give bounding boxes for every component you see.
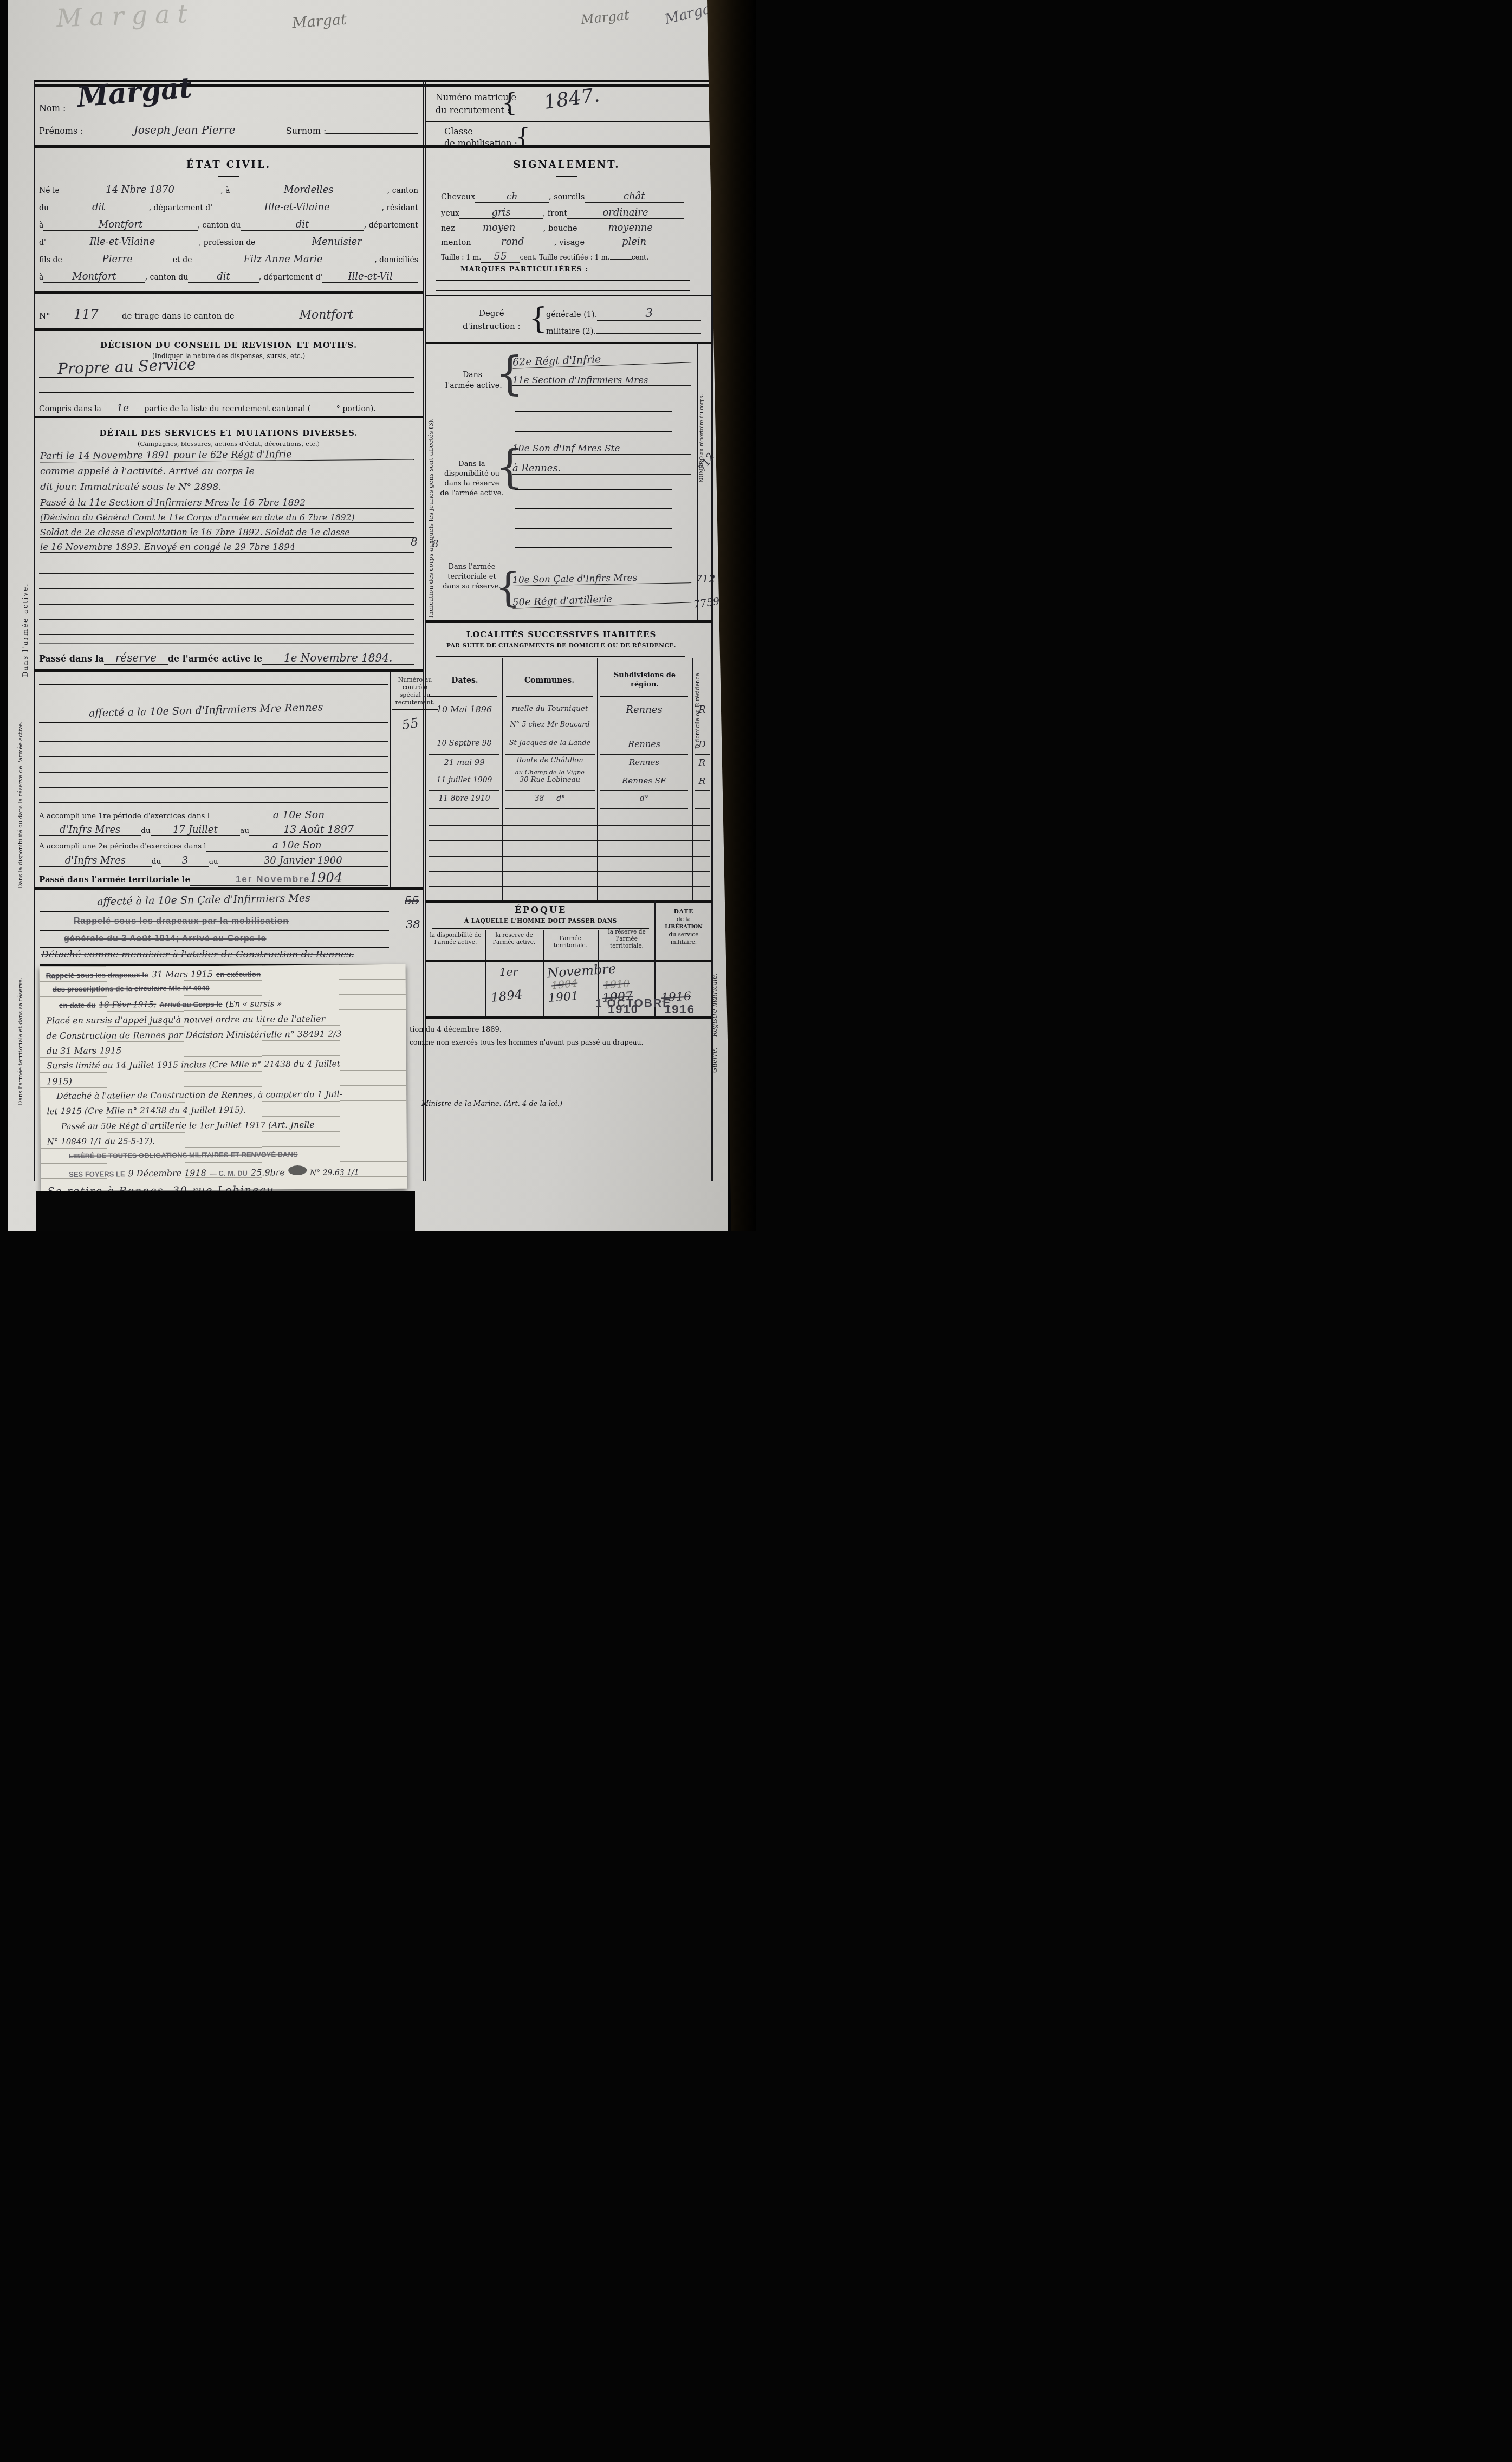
- epoque-header-rule: [426, 960, 654, 962]
- value: d'Infrs Mres: [39, 855, 152, 867]
- sign-row-taille: Taille : 1 m. 55 cent. Taille rectifiée …: [441, 250, 684, 263]
- loc-commune: 38 — d°: [505, 794, 595, 809]
- label: A accompli une 1re période d'exercices d…: [39, 812, 210, 820]
- label: à: [39, 221, 43, 230]
- loc-header-communes: Communes.: [503, 676, 595, 685]
- loc-date: 10 Septbre 98: [429, 739, 499, 755]
- territoriale-row: Passé dans l'armée territoriale le 1er N…: [39, 870, 388, 886]
- label: , département d': [259, 273, 323, 282]
- loc-subdiv: Rennes SE: [600, 776, 688, 791]
- thin-rule: [515, 528, 672, 529]
- note-line: Placé en sursis d'appel jusqu'à nouvel o…: [46, 1014, 325, 1026]
- sign-row-3: nez moyen , bouche moyenne: [441, 222, 684, 234]
- label: au: [209, 857, 218, 866]
- loc-empty-lines: [429, 811, 710, 890]
- label: Passé dans l'armée territoriale le: [39, 874, 190, 884]
- armee-active-label: Dansl'armée active.: [445, 370, 499, 391]
- label: à: [39, 273, 43, 282]
- value: Pierre: [62, 254, 173, 265]
- services-subtitle: (Campagnes, blessures, actions d'éclat, …: [39, 440, 418, 448]
- localites-title: LOCALITÉS SUCCESSIVES HABITÉES: [426, 630, 697, 639]
- label: du: [39, 204, 49, 212]
- label: , canton: [387, 186, 418, 195]
- thin-rule: [40, 930, 389, 931]
- value: Filz Anne Marie: [192, 254, 374, 265]
- loc-commune: 30 Rue Lobineau: [505, 776, 595, 791]
- label: , département d': [149, 204, 213, 212]
- value: plein: [585, 236, 684, 248]
- value: Menuisier: [255, 236, 418, 248]
- epoque-col2-header: la réserve de l'armée active.: [488, 932, 541, 946]
- loc-dr: D: [695, 739, 710, 755]
- label: militaire (2).: [546, 327, 596, 336]
- nom-label: Nom :: [39, 103, 66, 113]
- value: 1er Novembre 1904: [190, 870, 388, 886]
- loc-date: 21 mai 99: [429, 757, 499, 772]
- top-inscription: Margat: [56, 0, 196, 33]
- value: moyenne: [577, 222, 684, 234]
- label: , profession de: [199, 238, 255, 247]
- loc-subdiv: Rennes: [600, 757, 688, 772]
- terr-numero-1: 712: [696, 573, 715, 585]
- note-line: 1915): [47, 1076, 72, 1086]
- dotted-rule: [39, 643, 414, 644]
- value: gris: [459, 207, 542, 219]
- territoriale-stamp: 1er Novembre: [236, 874, 310, 884]
- territoriale-year: 1904: [309, 870, 342, 885]
- thin-rule: [40, 911, 389, 912]
- loc-commune: St Jacques de la Lande: [505, 739, 595, 755]
- value: Ille-et-Vilaine: [212, 202, 381, 213]
- etat-row-1: Né le 14 Nbre 1870 , à Mordelles , canto…: [39, 184, 418, 196]
- active-brace: {: [495, 347, 524, 400]
- date-hw: 18 Févr 1915.: [99, 1000, 157, 1010]
- epoque-col-rule: [543, 930, 544, 1016]
- label: fils de: [39, 256, 62, 264]
- portion-line: [310, 411, 336, 411]
- libere-cm: 25.9bre: [251, 1167, 285, 1177]
- section-rule: [426, 620, 712, 623]
- degre-generale-row: générale (1). 3: [546, 307, 701, 321]
- loc-dr: R: [695, 776, 710, 791]
- label: , canton du: [198, 221, 241, 230]
- epoque-hw-1er: 1er: [499, 966, 518, 979]
- label: nez: [441, 224, 455, 233]
- value: ordinaire: [567, 207, 684, 219]
- value: Mordelles: [230, 184, 387, 196]
- libere-stamp-2: SES FOYERS LE: [69, 1170, 125, 1178]
- loc-dr: [695, 794, 710, 809]
- label: ° portion).: [336, 405, 376, 413]
- services-side-label: Dans l'armée active.: [22, 461, 30, 677]
- etat-row-4: d' Ille-et-Vilaine , profession de Menui…: [39, 236, 418, 248]
- note-line: let 1915 (Cre Mlle n° 21438 du 4 Juillet…: [47, 1105, 245, 1117]
- decision-line: [39, 377, 414, 378]
- label: , visage: [554, 238, 585, 247]
- degre-militaire-line: [596, 333, 701, 334]
- decision-line2: [39, 392, 414, 393]
- label: de tirage dans le canton de: [122, 311, 235, 321]
- epoque-hw-1894: 1894: [490, 988, 523, 1005]
- prenoms-label: Prénoms :: [39, 126, 83, 136]
- value: Ille-et-Vil: [322, 271, 418, 283]
- top-inscription: Margat: [580, 7, 630, 27]
- label: du: [141, 826, 150, 835]
- label: d': [39, 238, 46, 247]
- law-text-1: tion du 4 décembre 1889.: [410, 1026, 502, 1034]
- epoque-hw-novembre: Novembre: [547, 961, 617, 981]
- label: au: [240, 826, 249, 835]
- note-line: Détaché à l'atelier de Construction de R…: [56, 1089, 342, 1101]
- matricule-brace: {: [502, 88, 517, 117]
- value: 17 Juillet: [151, 824, 241, 836]
- loc-header-dates: Dates.: [434, 676, 495, 685]
- epoque-col4-header: la réserve de l'armée territoriale.: [600, 929, 653, 950]
- dispo-label: Dans la disponibilité ou dans la réserve…: [440, 459, 504, 498]
- label: , sourcils: [549, 193, 585, 202]
- periode2-row2: d'Infrs Mres du 3 au 30 Janvier 1900: [39, 855, 388, 867]
- section-rule: [34, 416, 423, 418]
- signalement-title: SIGNALEMENT.: [426, 159, 708, 171]
- top-inscription: Margat: [291, 11, 347, 32]
- epoque-col1-header: la disponibilité de l'armée active.: [428, 932, 483, 946]
- loc-commune: ruelle du Tourniquet: [505, 704, 595, 720]
- controle-number: 55: [401, 715, 420, 733]
- territoriale-side-label: Dans l'armée territoriale et dans sa rés…: [17, 899, 31, 1105]
- loc-subdiv: Rennes: [600, 704, 688, 721]
- localites-subtitle: PAR SUITE DE CHANGEMENTS DE DOMICILE OU …: [426, 643, 697, 649]
- note-line: du 31 Mars 1915: [47, 1045, 122, 1056]
- label: , bouche: [543, 224, 577, 233]
- services-margin-note: 8: [411, 535, 418, 548]
- header-bottom-rule: [34, 145, 712, 148]
- nom-row: Nom :: [39, 103, 418, 113]
- tirage-number: 117: [50, 307, 122, 322]
- sursis-hw: (En « sursis »: [225, 999, 282, 1009]
- label: , département: [364, 221, 418, 230]
- value: a 10e Son: [210, 809, 388, 821]
- sign-title-dash: [556, 176, 577, 177]
- document-page: Margat Margat Margat Margat Margat Nom :…: [8, 0, 728, 1231]
- loc-header-rule: [506, 696, 593, 697]
- value: 3: [161, 855, 209, 867]
- territoriale-label: Dans l'armée territoriale et dans sa rés…: [440, 562, 504, 592]
- value: moyen: [455, 222, 543, 234]
- label: Passé dans la: [39, 653, 104, 664]
- degre-generale-value: 3: [597, 307, 701, 321]
- loc-commune2: N° 5 chez Mr Boucard: [505, 721, 595, 735]
- circulaire-stamp: des prescriptions de la circulaire Mle N…: [53, 984, 210, 993]
- law-text-3: Ministre de la Marine. (Art. 4 de la loi…: [421, 1100, 562, 1108]
- tirage-canton: Montfort: [235, 308, 418, 322]
- thin-rule: [436, 290, 690, 291]
- label: cent. Taille rectifiée : 1 m.: [520, 253, 610, 261]
- loc-header-rule: [600, 696, 688, 697]
- loc-subdiv: d°: [600, 794, 688, 809]
- periode1-row1: A accompli une 1re période d'exercices d…: [39, 809, 388, 821]
- rappel-1915-date: 31 Mars 1915: [152, 969, 213, 980]
- value: Montfort: [43, 271, 145, 283]
- note-line: de Construction de Rennes par Décision M…: [46, 1028, 341, 1041]
- corps-side-label: Indication des corps auxquels les jeunes…: [427, 347, 440, 618]
- libere-stamp-3: — C. M. DU: [210, 1169, 248, 1177]
- value: 13 Août 1897: [249, 824, 388, 836]
- marques-label: MARQUES PARTICULIÈRES :: [460, 265, 588, 274]
- loc-date: 11 8bre 1910: [429, 794, 499, 809]
- thin-rule: [515, 411, 672, 412]
- etat-row-2: du dit , département d' Ille-et-Vilaine …: [39, 202, 418, 213]
- value: dit: [188, 271, 258, 283]
- value: chât: [585, 191, 684, 203]
- matricule-rule: [426, 121, 712, 122]
- libere-num: N° 29.63 1/1: [310, 1168, 359, 1177]
- label: du: [152, 857, 161, 866]
- label: , front: [543, 209, 567, 218]
- loc-header-subdiv: Subdivisions de région.: [599, 671, 690, 689]
- label: Cheveux: [441, 193, 475, 202]
- note-line: Sursis limité au 14 Juillet 1915 inclus …: [47, 1059, 340, 1071]
- ink-blot: [288, 1165, 307, 1175]
- epoque-hw-1901: 1901: [548, 989, 579, 1005]
- thin-rule: [515, 547, 672, 548]
- loc-subdiv: Rennes: [600, 739, 688, 755]
- tirage-row: N° 117 de tirage dans le canton de Montf…: [39, 307, 418, 322]
- rappel-1915-stamp: Rappelé sous les drapeaux le: [46, 971, 148, 980]
- libere-stamp-1: LIBÉRÉ DE TOUTES OBLIGATIONS MILITAIRES …: [69, 1150, 298, 1160]
- taille-rect-line: [610, 259, 632, 260]
- loc-date: 11 juillet 1909: [429, 776, 499, 791]
- value: rond: [471, 236, 554, 248]
- value: Montfort: [43, 219, 197, 231]
- surnom-line: [326, 133, 418, 134]
- corps-terr-entry: 50e Régt d'artillerie: [512, 591, 692, 609]
- value: 30 Janvier 1900: [218, 855, 388, 867]
- compris-row: Compris dans la 1e partie de la liste du…: [39, 402, 418, 414]
- section-rule: [34, 291, 423, 294]
- taille-value: 55: [481, 250, 520, 263]
- epoque-stamp-1910: 1910: [608, 1002, 639, 1016]
- corps-active-entry: 62e Régt d'Infrie: [512, 350, 692, 369]
- section-rule-heavy: [34, 669, 423, 672]
- mobilisation-stamp-1: Rappelé sous les drapeaux par la mobilis…: [74, 917, 289, 927]
- prenoms-row: Prénoms : Joseph Jean Pierre Surnom :: [39, 124, 418, 137]
- periode1-row2: d'Infrs Mres du 17 Juillet au 13 Août 18…: [39, 824, 388, 836]
- center-divider: [423, 80, 424, 1181]
- loc-commune: Route de Châtillon: [505, 756, 595, 769]
- loc-date: 10 Mai 1896: [429, 704, 499, 721]
- loc-header-rule: [430, 696, 497, 697]
- empty-lines: [39, 727, 388, 804]
- sign-row-4: menton rond , visage plein: [441, 236, 684, 248]
- reserve-row: Passé dans la réserve de l'armée active …: [39, 651, 414, 665]
- section-rule: [426, 342, 712, 344]
- affecte-line-1: affecté a la 10e Son d'Infirmiers Mre Re…: [89, 701, 323, 719]
- label: N°: [39, 311, 50, 321]
- epoque-stamp-1916: 1916: [664, 1002, 695, 1016]
- controle-num-38: 38: [406, 918, 420, 931]
- services-line: Passé à la 11e Section d'Infirmiers Mres…: [40, 497, 414, 509]
- label: , domiciliés: [374, 256, 418, 264]
- label: menton: [441, 238, 471, 247]
- detache-menuisier: Détaché comme menuisier à l'atelier de C…: [41, 949, 354, 960]
- etat-row-5: fils de Pierre et de Filz Anne Marie , d…: [39, 254, 418, 265]
- thin-rule: [39, 722, 388, 723]
- label: A accompli une 2e période d'exercices da…: [39, 842, 206, 851]
- law-text-2: comme non exercés tous les hommes n'ayan…: [410, 1038, 643, 1046]
- corps-margin-note: 8: [432, 539, 438, 550]
- label: , canton du: [145, 273, 189, 282]
- services-line: Soldat de 2e classe d'exploitation le 16…: [40, 527, 414, 538]
- rappel-1915-stamp2: en exécution: [216, 970, 261, 979]
- epoque-col-rule: [485, 930, 486, 1016]
- epoque-title: ÉPOQUE: [426, 905, 656, 915]
- degre-brace: {: [529, 301, 547, 335]
- epoque-header-rule: [656, 960, 712, 962]
- label: cent.: [632, 253, 648, 261]
- value: dit: [241, 219, 364, 231]
- section-rule: [426, 295, 712, 296]
- corps-dispo-entry: 10e Son d'Inf Mres Ste: [512, 443, 691, 455]
- services-line: comme appelé à l'activité. Arrivé au cor…: [40, 466, 414, 477]
- surnom-label: Surnom :: [286, 126, 327, 136]
- services-line: le 16 Novembre 1893. Envoyé en congé le …: [40, 542, 414, 553]
- epoque-bottom-rule: [426, 1016, 712, 1019]
- label: Taille : 1 m.: [441, 253, 481, 261]
- controle-num-55: 55: [405, 894, 419, 907]
- label: de l'armée active le: [168, 653, 262, 664]
- header-bottom-rule2: [34, 150, 712, 150]
- date-stamp: en date du: [59, 1001, 96, 1009]
- reserve-value: réserve: [104, 651, 168, 665]
- decision-title: DÉCISION DU CONSEIL DE REVISION ET MOTIF…: [39, 340, 418, 350]
- epoque-subtitle: À LAQUELLE L'HOMME DOIT PASSER DANS: [426, 918, 656, 924]
- epoque-col3-header: l'armée territoriale.: [545, 935, 596, 949]
- nom-line: [66, 111, 418, 111]
- section-rule-heavy: [34, 887, 423, 890]
- controle-header: Numéro au contrôle spécial du recrutemen…: [391, 676, 439, 707]
- note-line: N° 10849 1/1 du 25-5-17).: [47, 1136, 155, 1146]
- prenoms-value: Joseph Jean Pierre: [83, 124, 286, 137]
- corps-dispo-entry: à Rennes.: [512, 463, 691, 475]
- label: Compris dans la: [39, 405, 101, 413]
- etat-row-3: à Montfort , canton du dit , département: [39, 219, 418, 231]
- thin-rule: [40, 947, 389, 948]
- value: d'Infrs Mres: [39, 824, 141, 836]
- dispo-side-label: Dans la disponibilité ou dans la réserve…: [17, 677, 34, 889]
- label: yeux: [441, 209, 459, 218]
- registre-side-label: Guerre. — Registre matricule.: [711, 889, 721, 1073]
- libere-date: 9 Décembre 1918: [128, 1168, 206, 1178]
- label: , à: [220, 186, 230, 195]
- compris-value: 1e: [101, 402, 144, 414]
- periode2-row1: A accompli une 2e période d'exercices da…: [39, 840, 388, 852]
- attached-note: Rappelé sous les drapeaux le 31 Mars 191…: [40, 964, 407, 1191]
- value: Ille-et-Vilaine: [46, 236, 199, 248]
- mobilisation-stamp-2: générale du 2 Août 1914; Arrivé au Corps…: [64, 934, 266, 944]
- localites-brace-rule: [436, 656, 685, 657]
- thin-rule: [515, 489, 672, 490]
- sign-row-2: yeux gris , front ordinaire: [441, 207, 684, 219]
- label: partie de la liste du recrutement canton…: [144, 405, 310, 413]
- services-line: (Décision du Général Comt le 11e Corps d…: [40, 513, 414, 523]
- services-line: dit jour. Immatriculé sous le N° 2898.: [40, 482, 414, 493]
- corps-active-entry: 11e Section d'Infirmiers Mres: [512, 375, 691, 386]
- services-line: Parti le 14 Novembre 1891 pour le 62e Ré…: [40, 449, 414, 463]
- etat-row-6: à Montfort , canton du dit , département…: [39, 271, 418, 283]
- etat-title-dash: [218, 176, 239, 177]
- etat-civil-title: ÉTAT CIVIL.: [39, 159, 418, 171]
- thin-rule: [515, 431, 672, 432]
- label: , résidant: [382, 204, 419, 212]
- epoque-col5-header: DATE de la LIBÉRATION du service militai…: [658, 908, 710, 946]
- value: a 10e Son: [206, 840, 388, 852]
- degre-label: Degréd'instruction :: [463, 307, 520, 333]
- scan-background: [36, 1191, 415, 1231]
- thin-rule: [436, 280, 690, 281]
- frame-left-rule: [34, 80, 35, 1181]
- thin-rule: [39, 684, 388, 685]
- services-title: DÉTAIL DES SERVICES ET MUTATIONS DIVERSE…: [39, 428, 418, 438]
- label: Né le: [39, 186, 60, 195]
- arrive-stamp: Arrivé au Corps le: [159, 1000, 222, 1009]
- label: générale (1).: [546, 310, 597, 319]
- degre-militaire-row: militaire (2).: [546, 327, 701, 336]
- note-line: Passé au 50e Régt d'artillerie le 1er Ju…: [61, 1120, 315, 1131]
- loc-dr: R: [695, 704, 710, 721]
- label: et de: [173, 256, 192, 264]
- reserve-date: 1e Novembre 1894.: [262, 651, 414, 665]
- value: ch: [475, 191, 549, 203]
- thin-rule: [515, 508, 672, 509]
- value: 14 Nbre 1870: [60, 184, 221, 196]
- corps-terr-entry: 10e Son Çale d'Infirs Mres: [512, 572, 691, 586]
- sign-row-1: Cheveux ch , sourcils chât: [441, 191, 684, 203]
- epoque-top-rule: [426, 900, 712, 903]
- loc-dr: R: [695, 757, 710, 772]
- value: dit: [49, 202, 149, 213]
- section-rule: [34, 328, 423, 331]
- services-empty-lines: [39, 559, 414, 640]
- affecte-line-2: affecté à la 10e Sn Çale d'Infirmiers Me…: [97, 892, 310, 908]
- matricule-value: 1847.: [543, 84, 601, 114]
